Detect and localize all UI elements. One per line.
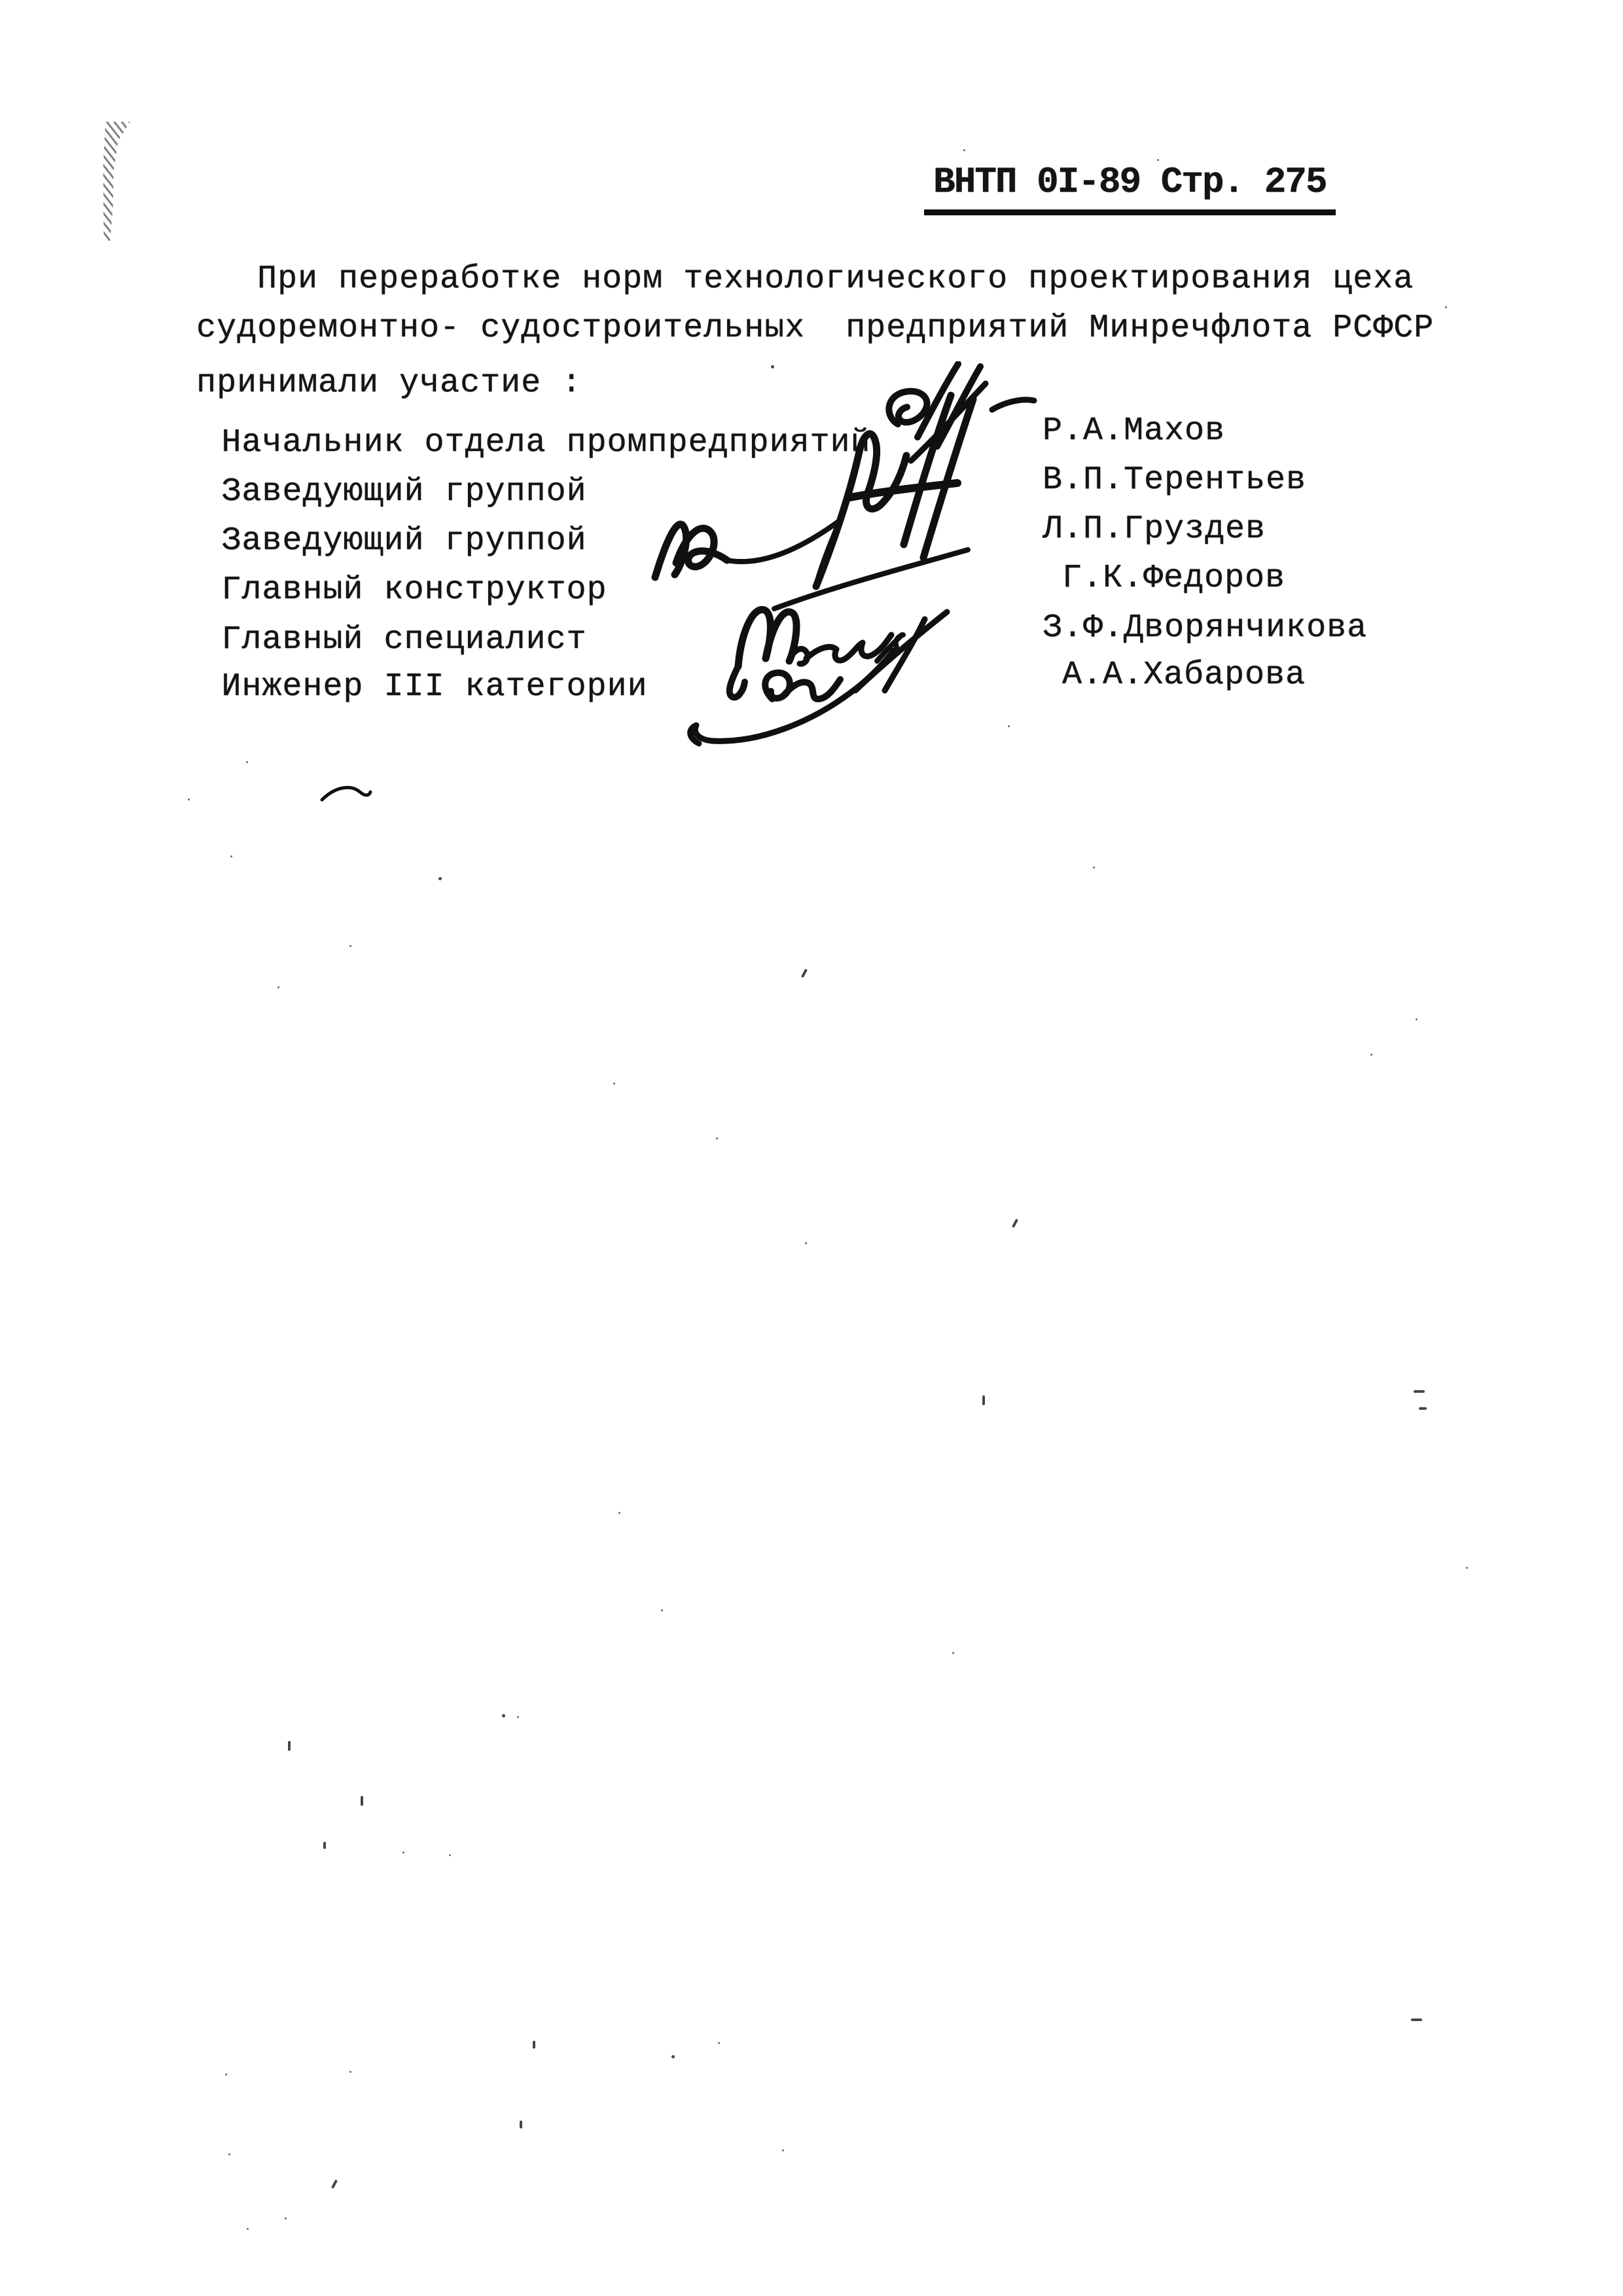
noise-speck	[230, 855, 232, 857]
noise-speck	[247, 2228, 249, 2230]
noise-speck	[188, 798, 190, 800]
noise-speck	[1370, 1054, 1372, 1056]
scanned-document-page: ВНТП 0I-89 Стр. 275 При переработке норм…	[0, 0, 1623, 2296]
participant-role: Главный конструктор	[221, 571, 607, 609]
noise-speck	[402, 1852, 404, 1854]
noise-speck	[718, 2042, 720, 2044]
participant-name: Р.А.Махов	[1043, 412, 1225, 450]
noise-speck	[1445, 306, 1447, 308]
participant-row: Заведующий группой Л.П.Груздев	[196, 511, 587, 550]
noise-speck	[1419, 1407, 1427, 1410]
signature-makhov	[876, 361, 1041, 476]
page-header: ВНТП 0I-89 Стр. 275	[924, 161, 1336, 215]
noise-speck	[982, 1395, 985, 1405]
signature-dvoryanchikova-khabarova	[681, 588, 972, 751]
paragraph-line-3: принимали участие :	[196, 365, 582, 402]
participant-row: Главный конструктор Г.К.Федоров	[196, 560, 607, 599]
participant-name: Г.К.Федоров	[1062, 560, 1285, 597]
noise-speck	[1093, 867, 1095, 869]
participant-row: Главный специалист З.Ф.Дворянчикова	[196, 609, 587, 649]
noise-speck	[782, 2149, 784, 2151]
participant-role: Заведующий группой	[221, 522, 586, 560]
noise-speck	[771, 365, 774, 368]
noise-speck	[1008, 725, 1010, 727]
noise-speck	[716, 1138, 718, 1139]
noise-speck	[228, 2153, 230, 2155]
noise-speck	[438, 877, 442, 880]
paragraph-line-2: судоремонтно- судостроительных предприят…	[196, 310, 1434, 347]
noise-speck	[533, 2041, 535, 2049]
noise-speck	[277, 986, 279, 988]
noise-speck	[952, 1652, 954, 1654]
noise-speck	[1416, 1018, 1418, 1020]
noise-speck	[349, 2071, 351, 2073]
participant-name: В.П.Терентьев	[1043, 461, 1306, 499]
noise-speck	[323, 1842, 326, 1849]
scan-edge-artifact	[101, 122, 130, 241]
noise-speck	[1466, 1567, 1468, 1569]
participant-row: Начальник отдела промпредприятий Р.А.Мах…	[196, 412, 871, 452]
noise-speck	[285, 2217, 287, 2219]
noise-speck	[502, 1714, 505, 1717]
noise-speck	[1411, 2018, 1422, 2021]
noise-speck	[331, 2179, 338, 2189]
noise-speck	[963, 149, 965, 151]
participant-role: Заведующий группой	[221, 473, 586, 511]
noise-speck	[613, 1083, 615, 1085]
participant-name: Л.П.Груздев	[1043, 511, 1266, 548]
paragraph-line-1: При переработке норм технологического пр…	[257, 260, 1414, 298]
noise-speck	[246, 761, 248, 763]
participant-role: Главный специалист	[221, 621, 586, 658]
noise-speck	[1414, 1390, 1425, 1393]
noise-speck	[449, 1854, 451, 1856]
noise-speck	[1157, 159, 1159, 161]
noise-speck	[671, 2055, 675, 2058]
participant-role: Инженер III категории	[221, 668, 647, 706]
noise-speck	[517, 1716, 519, 1718]
noise-speck	[225, 2073, 227, 2075]
noise-speck	[288, 1741, 291, 1751]
noise-speck	[349, 945, 351, 947]
noise-speck	[805, 1242, 807, 1244]
participant-name: А.А.Хабарова	[1062, 656, 1306, 694]
participant-row: Инженер III категории А.А.Хабарова	[196, 656, 648, 696]
participant-row: Заведующий группой В.П.Терентьев	[196, 461, 587, 501]
noise-speck	[801, 969, 808, 978]
noise-speck	[618, 1512, 620, 1514]
participant-name: З.Ф.Дворянчикова	[1043, 609, 1367, 647]
pen-tilde-mark	[318, 780, 373, 808]
noise-speck	[520, 2121, 522, 2128]
noise-speck	[1012, 1219, 1018, 1228]
noise-speck	[361, 1796, 363, 1806]
noise-speck	[661, 1609, 663, 1611]
participant-role: Начальник отдела промпредприятий	[221, 424, 870, 461]
